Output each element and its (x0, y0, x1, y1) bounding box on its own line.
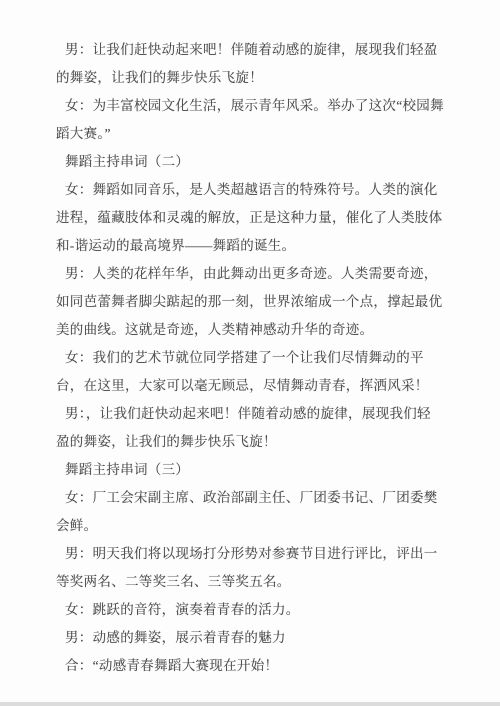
script-line: 女：舞蹈如同音乐，是人类超越语言的特殊符号。人类的演化进程，蕴藏肢体和灵魂的解放… (56, 176, 444, 260)
script-line: 女：为丰富校园文化生活，展示青年风采。举办了这次“校园舞蹈大赛。” (56, 92, 444, 148)
script-line: 合：“动感青春舞蹈大赛现在开始！ (56, 652, 444, 680)
script-line: 女：厂工会宋副主席、政治部副主任、厂团委书记、厂团委樊会鲜。 (56, 484, 444, 540)
script-line: 女：跳跃的音符，演奏着青春的活力。 (56, 596, 444, 624)
section-heading: 舞蹈主持串词（三） (56, 456, 444, 484)
script-line: 男：动感的舞姿，展示着青春的魅力 (56, 624, 444, 652)
script-line: 男：明天我们将以现场打分形势对参赛节目进行评比，评出一等奖两名、二等奖三名、三等… (56, 540, 444, 596)
script-line: 男：让我们赶快动起来吧！伴随着动感的旋律，展现我们轻盈的舞姿，让我们的舞步快乐飞… (56, 36, 444, 92)
page-bottom-edge (0, 702, 500, 706)
script-line: 男：人类的花样年华，由此舞动出更多奇迹。人类需要奇迹，如同芭蕾舞者脚尖踮起的那一… (56, 260, 444, 344)
document-page: 男：让我们赶快动起来吧！伴随着动感的旋律，展现我们轻盈的舞姿，让我们的舞步快乐飞… (0, 0, 500, 706)
section-heading: 舞蹈主持串词（二） (56, 148, 444, 176)
script-line: 女：我们的艺术节就位同学搭建了一个让我们尽情舞动的平台，在这里，大家可以毫无顾忌… (56, 344, 444, 400)
document-body: 男：让我们赶快动起来吧！伴随着动感的旋律，展现我们轻盈的舞姿，让我们的舞步快乐飞… (0, 0, 500, 680)
script-line: 男：，让我们赶快动起来吧！伴随着动感的旋律，展现我们轻盈的舞姿，让我们的舞步快乐… (56, 400, 444, 456)
